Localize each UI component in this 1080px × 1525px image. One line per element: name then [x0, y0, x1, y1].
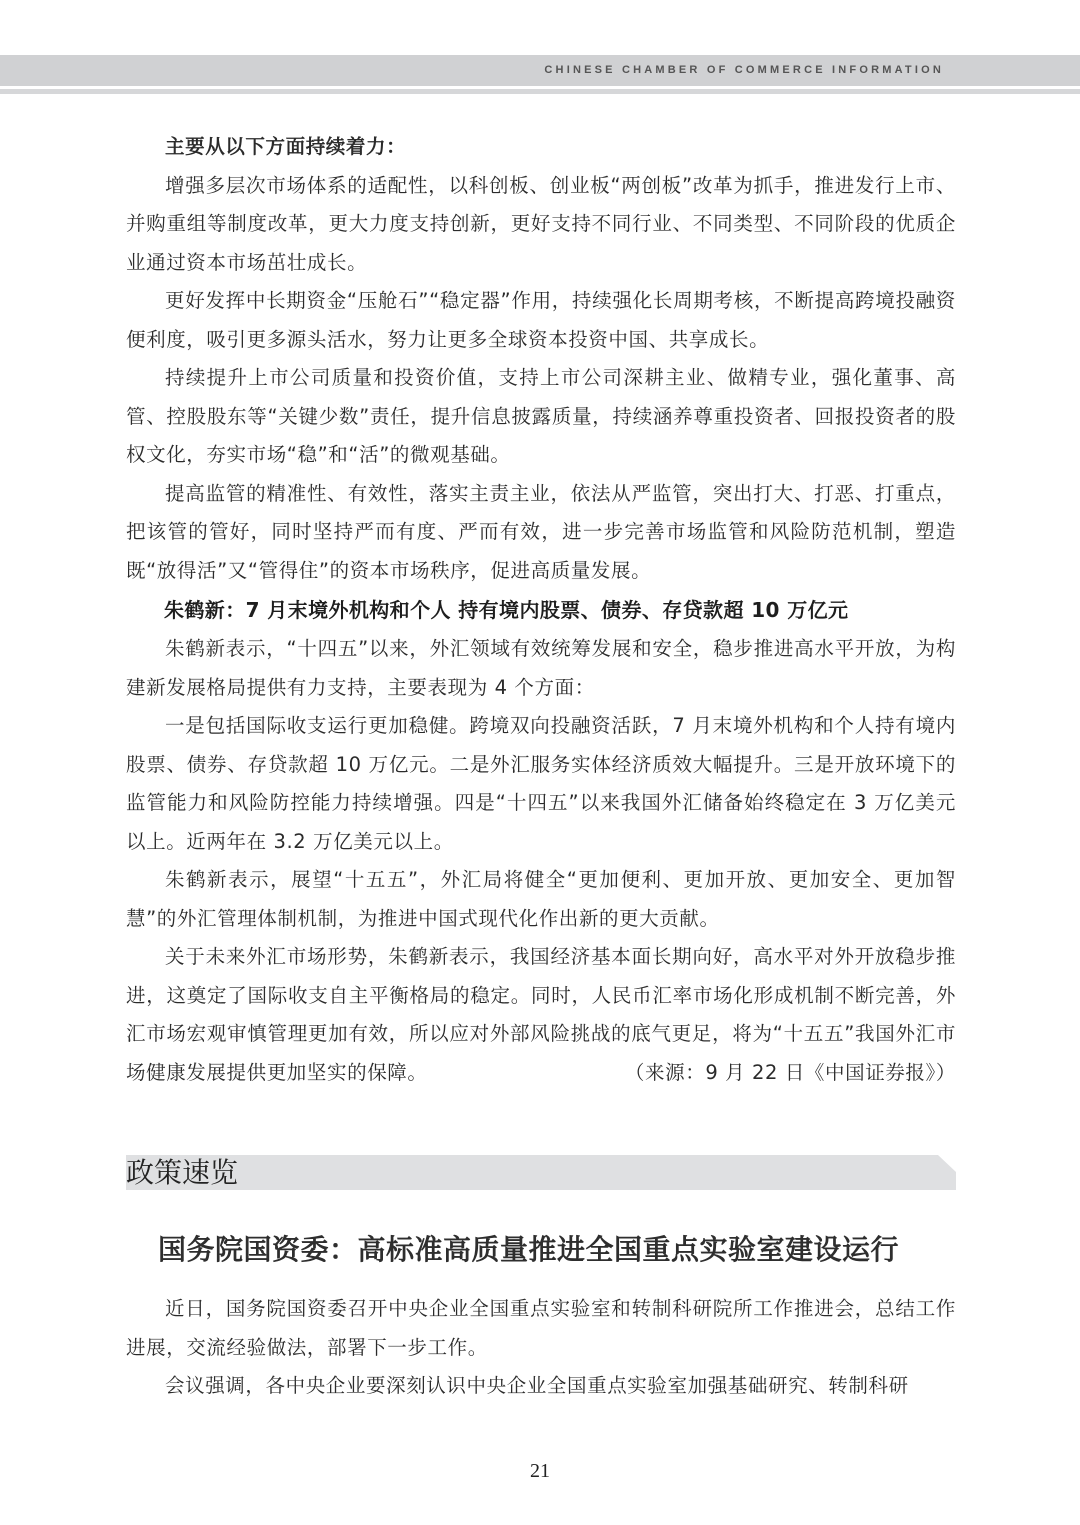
paragraph: 更好发挥中长期资金“压舱石”“稳定器”作用，持续强化长周期考核，不断提高跨境投融… — [126, 282, 956, 359]
paragraph: 增强多层次市场体系的适配性，以科创板、创业板“两创板”改革为抓手，推进发行上市、… — [126, 167, 956, 283]
paragraph: 持续提升上市公司质量和投资价值，支持上市公司深耕主业、做精专业，强化董事、高管、… — [126, 359, 956, 475]
paragraph: 朱鹤新表示，展望“十五五”，外汇局将健全“更加便利、更加开放、更加安全、更加智慧… — [126, 861, 956, 938]
article-body-2: 近日，国务院国资委召开中央企业全国重点实验室和转制科研院所工作推进会，总结工作进… — [126, 1290, 956, 1406]
paragraph: 会议强调，各中央企业要深刻认识中央企业全国重点实验室加强基础研究、转制科研 — [126, 1367, 956, 1406]
paragraph: 朱鹤新表示，“十四五”以来，外汇领域有效统筹发展和安全，稳步推进高水平开放，为构… — [126, 630, 956, 707]
header-rule — [0, 89, 1080, 94]
paragraph: 近日，国务院国资委召开中央企业全国重点实验室和转制科研院所工作推进会，总结工作进… — [126, 1290, 956, 1367]
page-number: 21 — [0, 1460, 1080, 1483]
article-body: 主要从以下方面持续着力： 增强多层次市场体系的适配性，以科创板、创业板“两创板”… — [126, 128, 956, 1092]
article-heading: 朱鹤新：7 月末境外机构和个人 持有境内股票、债券、存贷款超 10 万亿元 — [126, 590, 956, 630]
source-citation: （来源：9 月 22 日《中国证券报》） — [586, 1054, 956, 1093]
paragraph-with-source: 关于未来外汇市场形势，朱鹤新表示，我国经济基本面长期向好，高水平对外开放稳步推进… — [126, 938, 956, 1092]
section-banner: 政策速览 — [126, 1155, 956, 1190]
paragraph: 提高监管的精准性、有效性，落实主责主业，依法从严监管，突出打大、打恶、打重点，把… — [126, 475, 956, 591]
publication-name: CHINESE CHAMBER OF COMMERCE INFORMATION — [544, 64, 944, 76]
section-title: 政策速览 — [126, 1155, 238, 1190]
paragraph: 一是包括国际收支运行更加稳健。跨境双向投融资活跃，7 月末境外机构和个人持有境内… — [126, 707, 956, 861]
intro-line: 主要从以下方面持续着力： — [126, 128, 956, 167]
article-title: 国务院国资委：高标准高质量推进全国重点实验室建设运行 — [126, 1228, 956, 1268]
